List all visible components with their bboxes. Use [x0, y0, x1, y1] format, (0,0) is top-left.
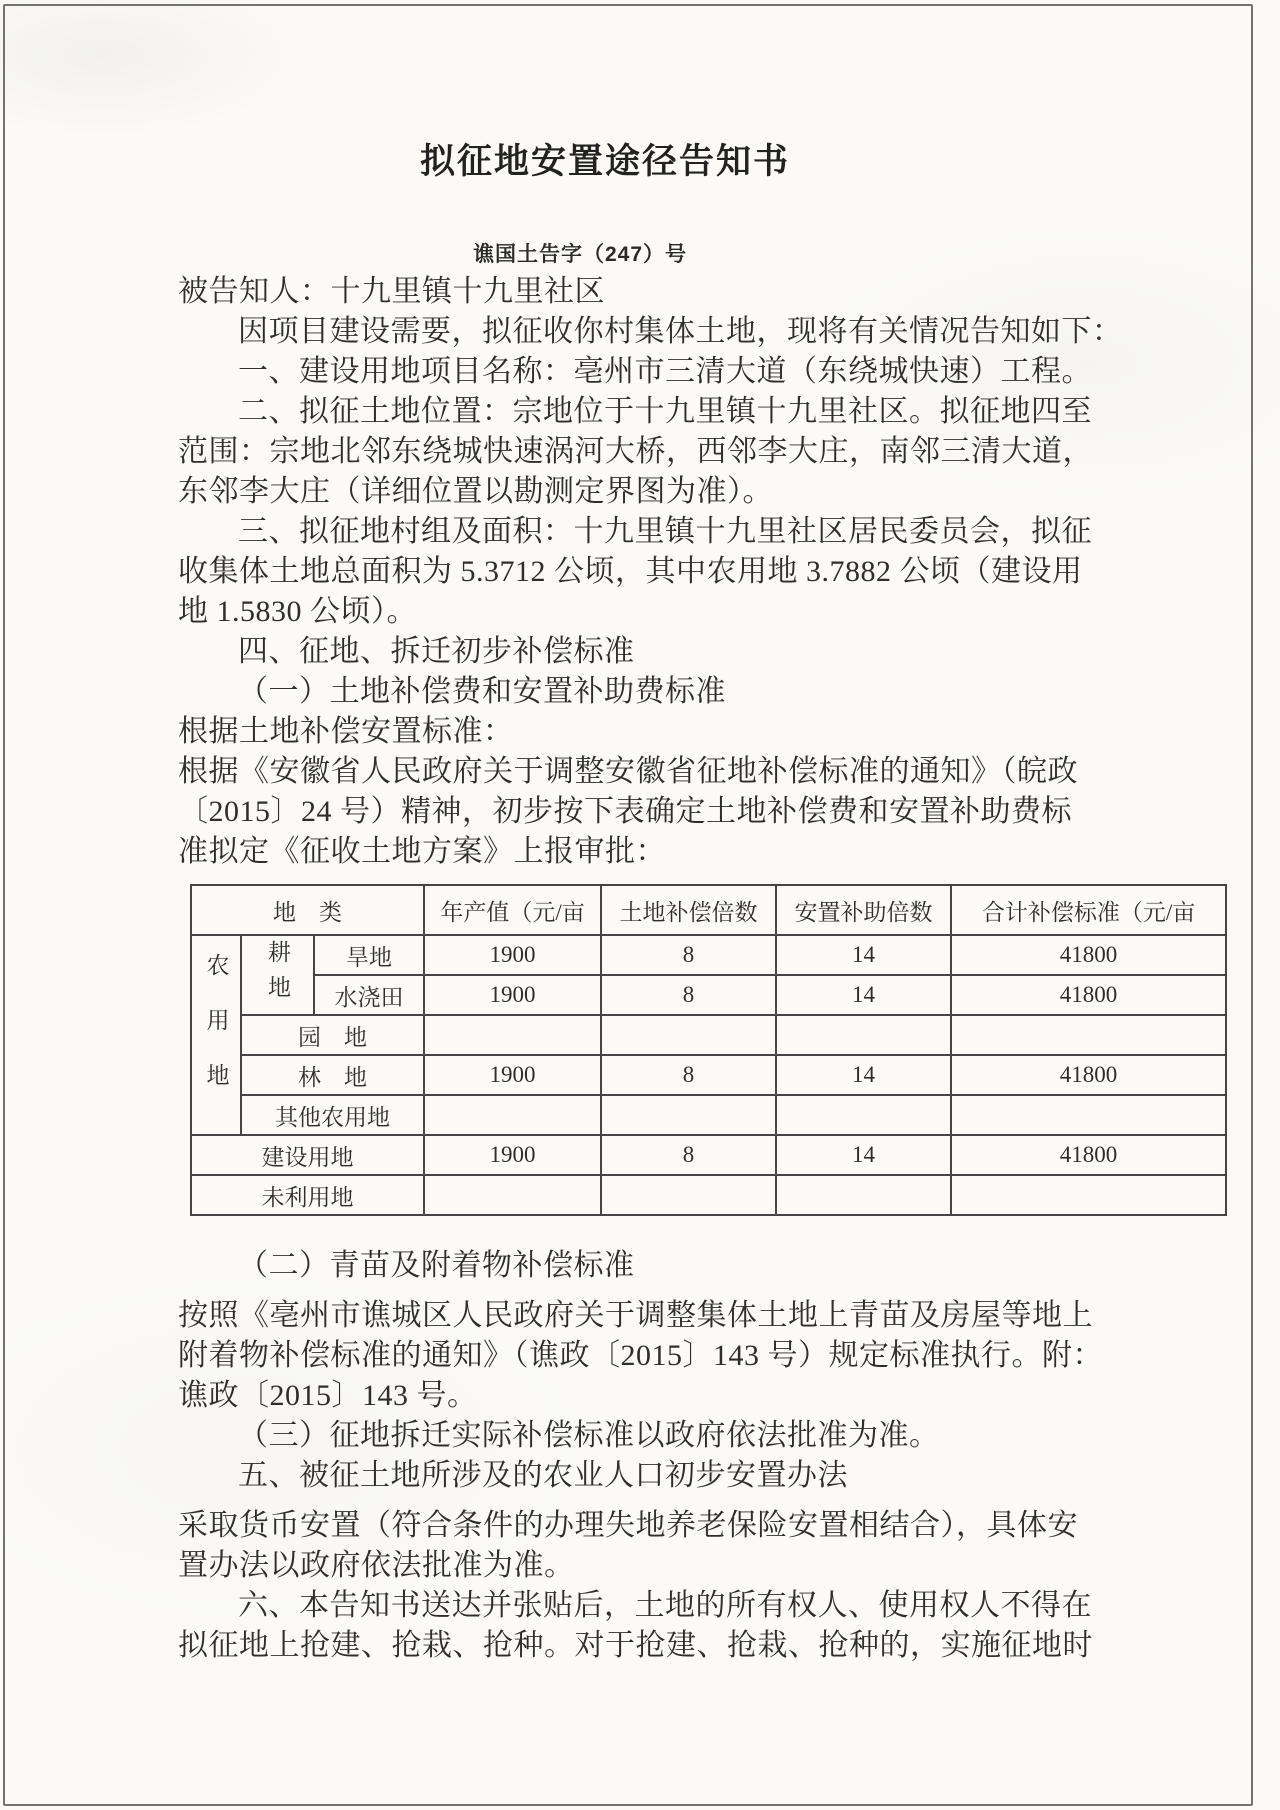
- scanned-document-page: 拟征地安置途径告知书 谯国土告字（247）号 被告知人：十九里镇十九里社区 因项…: [0, 0, 1280, 1810]
- cell-value: 14: [776, 1135, 951, 1175]
- text-line: 根据《安徽省人民政府关于调整安徽省征地补偿标准的通知》（皖政: [178, 752, 1248, 792]
- text-line: 东邻李大庄（详细位置以勘测定界图为准）。: [178, 472, 1248, 512]
- text-line: 地 1.5830 公顷）。: [178, 592, 1248, 632]
- cell-value: [601, 1095, 776, 1135]
- text-line: 拟征地上抢建、抢栽、抢种。对于抢建、抢栽、抢种的，实施征地时: [178, 1626, 1248, 1666]
- text-line: （三）征地拆迁实际补偿标准以政府依法批准为准。: [178, 1416, 1248, 1456]
- text-line: 置办法以政府依法批准为准。: [178, 1546, 1248, 1586]
- cell-value: 8: [601, 1135, 776, 1175]
- label-forest-land: 林 地: [241, 1055, 424, 1095]
- cell-value: 8: [601, 975, 776, 1015]
- cell-value: 41800: [951, 935, 1226, 975]
- text-line: 按照《亳州市谯城区人民政府关于调整集体土地上青苗及房屋等地上: [178, 1296, 1248, 1336]
- cell-value: [424, 1095, 601, 1135]
- label-agricultural-land: 农用地: [191, 935, 241, 1135]
- document-title: 拟征地安置途径告知书: [0, 134, 1210, 184]
- text-line: 一、建设用地项目名称：亳州市三清大道（东绕城快速）工程。: [178, 352, 1248, 392]
- document-body: 被告知人：十九里镇十九里社区 因项目建设需要，拟征收你村集体土地，现将有关情况告…: [178, 272, 1248, 1666]
- text-line: 收集体土地总面积为 5.3712 公顷，其中农用地 3.7882 公顷（建设用: [178, 552, 1248, 592]
- text-line: 被告知人：十九里镇十九里社区: [178, 272, 1248, 312]
- text-line: 二、拟征土地位置：宗地位于十九里镇十九里社区。拟征地四至: [178, 392, 1248, 432]
- cell-value: 41800: [951, 1055, 1226, 1095]
- text-line: 四、征地、拆迁初步补偿标准: [178, 632, 1248, 672]
- cell-value: [601, 1175, 776, 1215]
- text-line: 准拟定《征收土地方案》上报审批：: [178, 832, 1248, 872]
- cell-value: 14: [776, 1055, 951, 1095]
- cell-value: 8: [601, 1055, 776, 1095]
- cell-value: 41800: [951, 1135, 1226, 1175]
- text-line: 谯政〔2015〕143 号。: [178, 1376, 1248, 1416]
- cell-value: [776, 1175, 951, 1215]
- document-number: 谯国土告字（247）号: [0, 238, 1160, 268]
- label-unused-land: 未利用地: [191, 1175, 424, 1215]
- text-line: 附着物补偿标准的通知》（谯政〔2015〕143 号）规定标准执行。附：: [178, 1336, 1248, 1376]
- header-resettle-multiple: 安置补助倍数: [776, 885, 951, 935]
- cell-value: 14: [776, 935, 951, 975]
- text-line: 〔2015〕24 号）精神，初步按下表确定土地补偿费和安置补助费标: [178, 792, 1248, 832]
- cell-value: [776, 1095, 951, 1135]
- cell-value: [424, 1015, 601, 1055]
- label-construction-land: 建设用地: [191, 1135, 424, 1175]
- cell-value: 8: [601, 935, 776, 975]
- compensation-standards-table: 地 类 年产值（元/亩 土地补偿倍数 安置补助倍数 合计补偿标准（元/亩 农用地…: [190, 884, 1227, 1216]
- text-line: 因项目建设需要，拟征收你村集体土地，现将有关情况告知如下：: [178, 312, 1248, 352]
- label-irrigated-field: 水浇田: [314, 975, 424, 1015]
- text-line: 三、拟征地村组及面积：十九里镇十九里社区居民委员会，拟征: [178, 512, 1248, 552]
- cell-value: [601, 1015, 776, 1055]
- cell-value: [951, 1015, 1226, 1055]
- text-line: 五、被征土地所涉及的农业人口初步安置办法: [178, 1456, 1248, 1496]
- header-annual-value: 年产值（元/亩: [424, 885, 601, 935]
- header-land-multiple: 土地补偿倍数: [601, 885, 776, 935]
- label-other-agricultural-land: 其他农用地: [241, 1095, 424, 1135]
- cell-value: [951, 1095, 1226, 1135]
- text-line: （二）青苗及附着物补偿标准: [178, 1246, 1248, 1286]
- cell-value: [776, 1015, 951, 1055]
- header-total-standard: 合计补偿标准（元/亩: [951, 885, 1226, 935]
- text-line: 根据土地补偿安置标准：: [178, 712, 1248, 752]
- cell-value: [951, 1175, 1226, 1215]
- label-dry-land: 旱地: [314, 935, 424, 975]
- cell-value: 1900: [424, 935, 601, 975]
- header-land-class: 地 类: [191, 885, 424, 935]
- text-line: （一）土地补偿费和安置补助费标准: [178, 672, 1248, 712]
- cell-value: 1900: [424, 1055, 601, 1095]
- text-line: 范围：宗地北邻东绕城快速涡河大桥，西邻李大庄，南邻三清大道，: [178, 432, 1248, 472]
- label-cultivated-land: 耕地: [241, 935, 314, 1015]
- cell-value: 1900: [424, 1135, 601, 1175]
- label-garden-land: 园 地: [241, 1015, 424, 1055]
- cell-value: 14: [776, 975, 951, 1015]
- cell-value: 41800: [951, 975, 1226, 1015]
- text-line: 六、本告知书送达并张贴后，土地的所有权人、使用权人不得在: [178, 1586, 1248, 1626]
- text-line: 采取货币安置（符合条件的办理失地养老保险安置相结合），具体安: [178, 1506, 1248, 1546]
- cell-value: [424, 1175, 601, 1215]
- cell-value: 1900: [424, 975, 601, 1015]
